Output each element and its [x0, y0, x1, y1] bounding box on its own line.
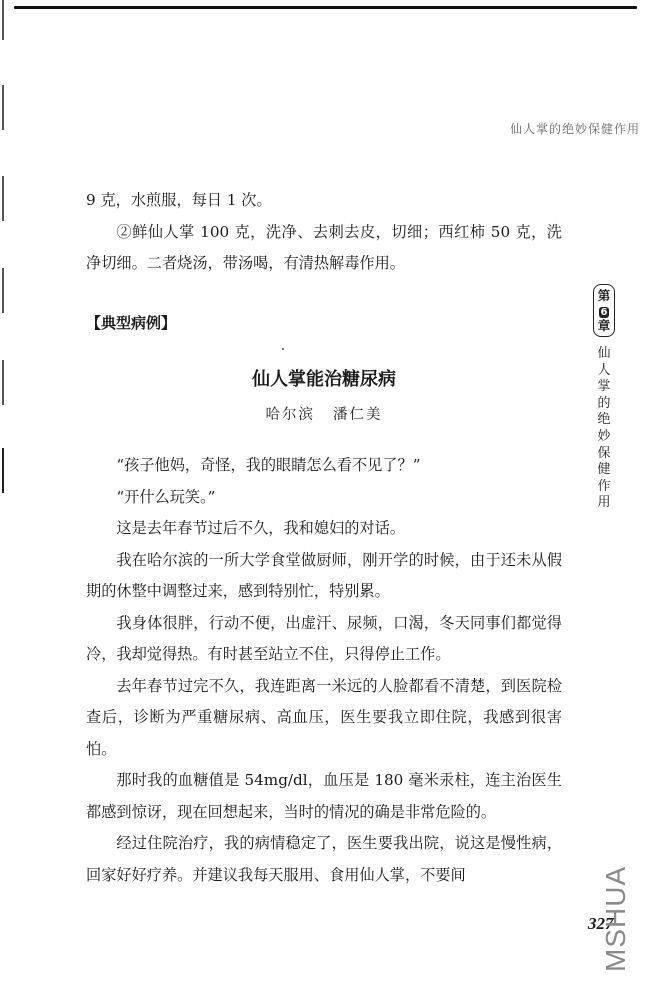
scan-edge-mark	[2, 0, 4, 40]
section-label: 【典型病例】	[86, 308, 562, 340]
paragraph: 去年春节过完不久，我连距离一米远的人脸都看不清楚，到医院检查后，诊断为严重糖尿病…	[86, 671, 562, 766]
paragraph: 那时我的血糖值是 54mg/dl，血压是 180 毫米汞柱，连主治医生都感到惊讶…	[86, 765, 562, 828]
scan-edge-mark	[2, 360, 4, 405]
chapter-title-vertical: 仙 人 掌 的 绝 妙 保 健 作 用	[593, 346, 615, 512]
chapter-title-char: 人	[593, 363, 615, 380]
chapter-title-char: 绝	[593, 412, 615, 429]
paragraph: “开什么玩笑。”	[86, 482, 562, 514]
chapter-title-char: 健	[593, 462, 615, 479]
chapter-title-char: 作	[593, 479, 615, 496]
top-rule	[14, 6, 637, 9]
chapter-suffix: 章	[594, 318, 614, 333]
running-head: 仙人掌的绝妙保健作用	[420, 120, 640, 137]
byline-author: 潘仁美	[333, 407, 383, 423]
article-title: 仙人掌能治糖尿病	[86, 365, 562, 391]
watermark: MSHUA	[600, 866, 632, 972]
scan-speck	[282, 348, 284, 350]
chapter-title-char: 仙	[593, 346, 615, 363]
scan-edge-mark	[2, 176, 4, 221]
chapter-title-char: 掌	[593, 379, 615, 396]
paragraph: ②鲜仙人掌 100 克，洗净、去刺去皮，切细；西红柿 50 克，洗净切细。二者烧…	[86, 217, 562, 280]
paragraph: 我在哈尔滨的一所大学食堂做厨师，刚开学的时候，由于还未从假期的休整中调整过来，感…	[86, 545, 562, 608]
chapter-number: 6	[599, 307, 610, 318]
chapter-title-char: 的	[593, 396, 615, 413]
chapter-title-char: 用	[593, 495, 615, 512]
chapter-title-char: 妙	[593, 429, 615, 446]
article-body: “孩子他妈，奇怪，我的眼睛怎么看不见了？” “开什么玩笑。” 这是去年春节过后不…	[86, 450, 562, 891]
paragraph: 我身体很胖，行动不便，出虚汗、尿频，口渴，冬天同事们都觉得冷，我却觉得热。有时甚…	[86, 608, 562, 671]
byline-place: 哈尔滨	[266, 407, 316, 423]
scan-edge-mark	[2, 268, 4, 313]
scan-edge-mark	[2, 85, 4, 130]
chapter-tab: 第 6 章	[593, 284, 615, 337]
paragraph: 9 克，水煎服，每日 1 次。	[86, 185, 562, 217]
paragraph: “孩子他妈，奇怪，我的眼睛怎么看不见了？”	[86, 450, 562, 482]
byline: 哈尔滨潘仁美	[86, 403, 562, 424]
chapter-prefix: 第	[594, 288, 614, 303]
paragraph: 这是去年春节过后不久，我和媳妇的对话。	[86, 513, 562, 545]
chapter-title-char: 保	[593, 446, 615, 463]
top-text-block: 9 克，水煎服，每日 1 次。 ②鲜仙人掌 100 克，洗净、去刺去皮，切细；西…	[86, 185, 562, 280]
paragraph: 经过住院治疗，我的病情稳定了，医生要我出院，说这是慢性病，回家好好疗养。并建议我…	[86, 828, 562, 891]
scan-edge-mark	[2, 448, 4, 493]
